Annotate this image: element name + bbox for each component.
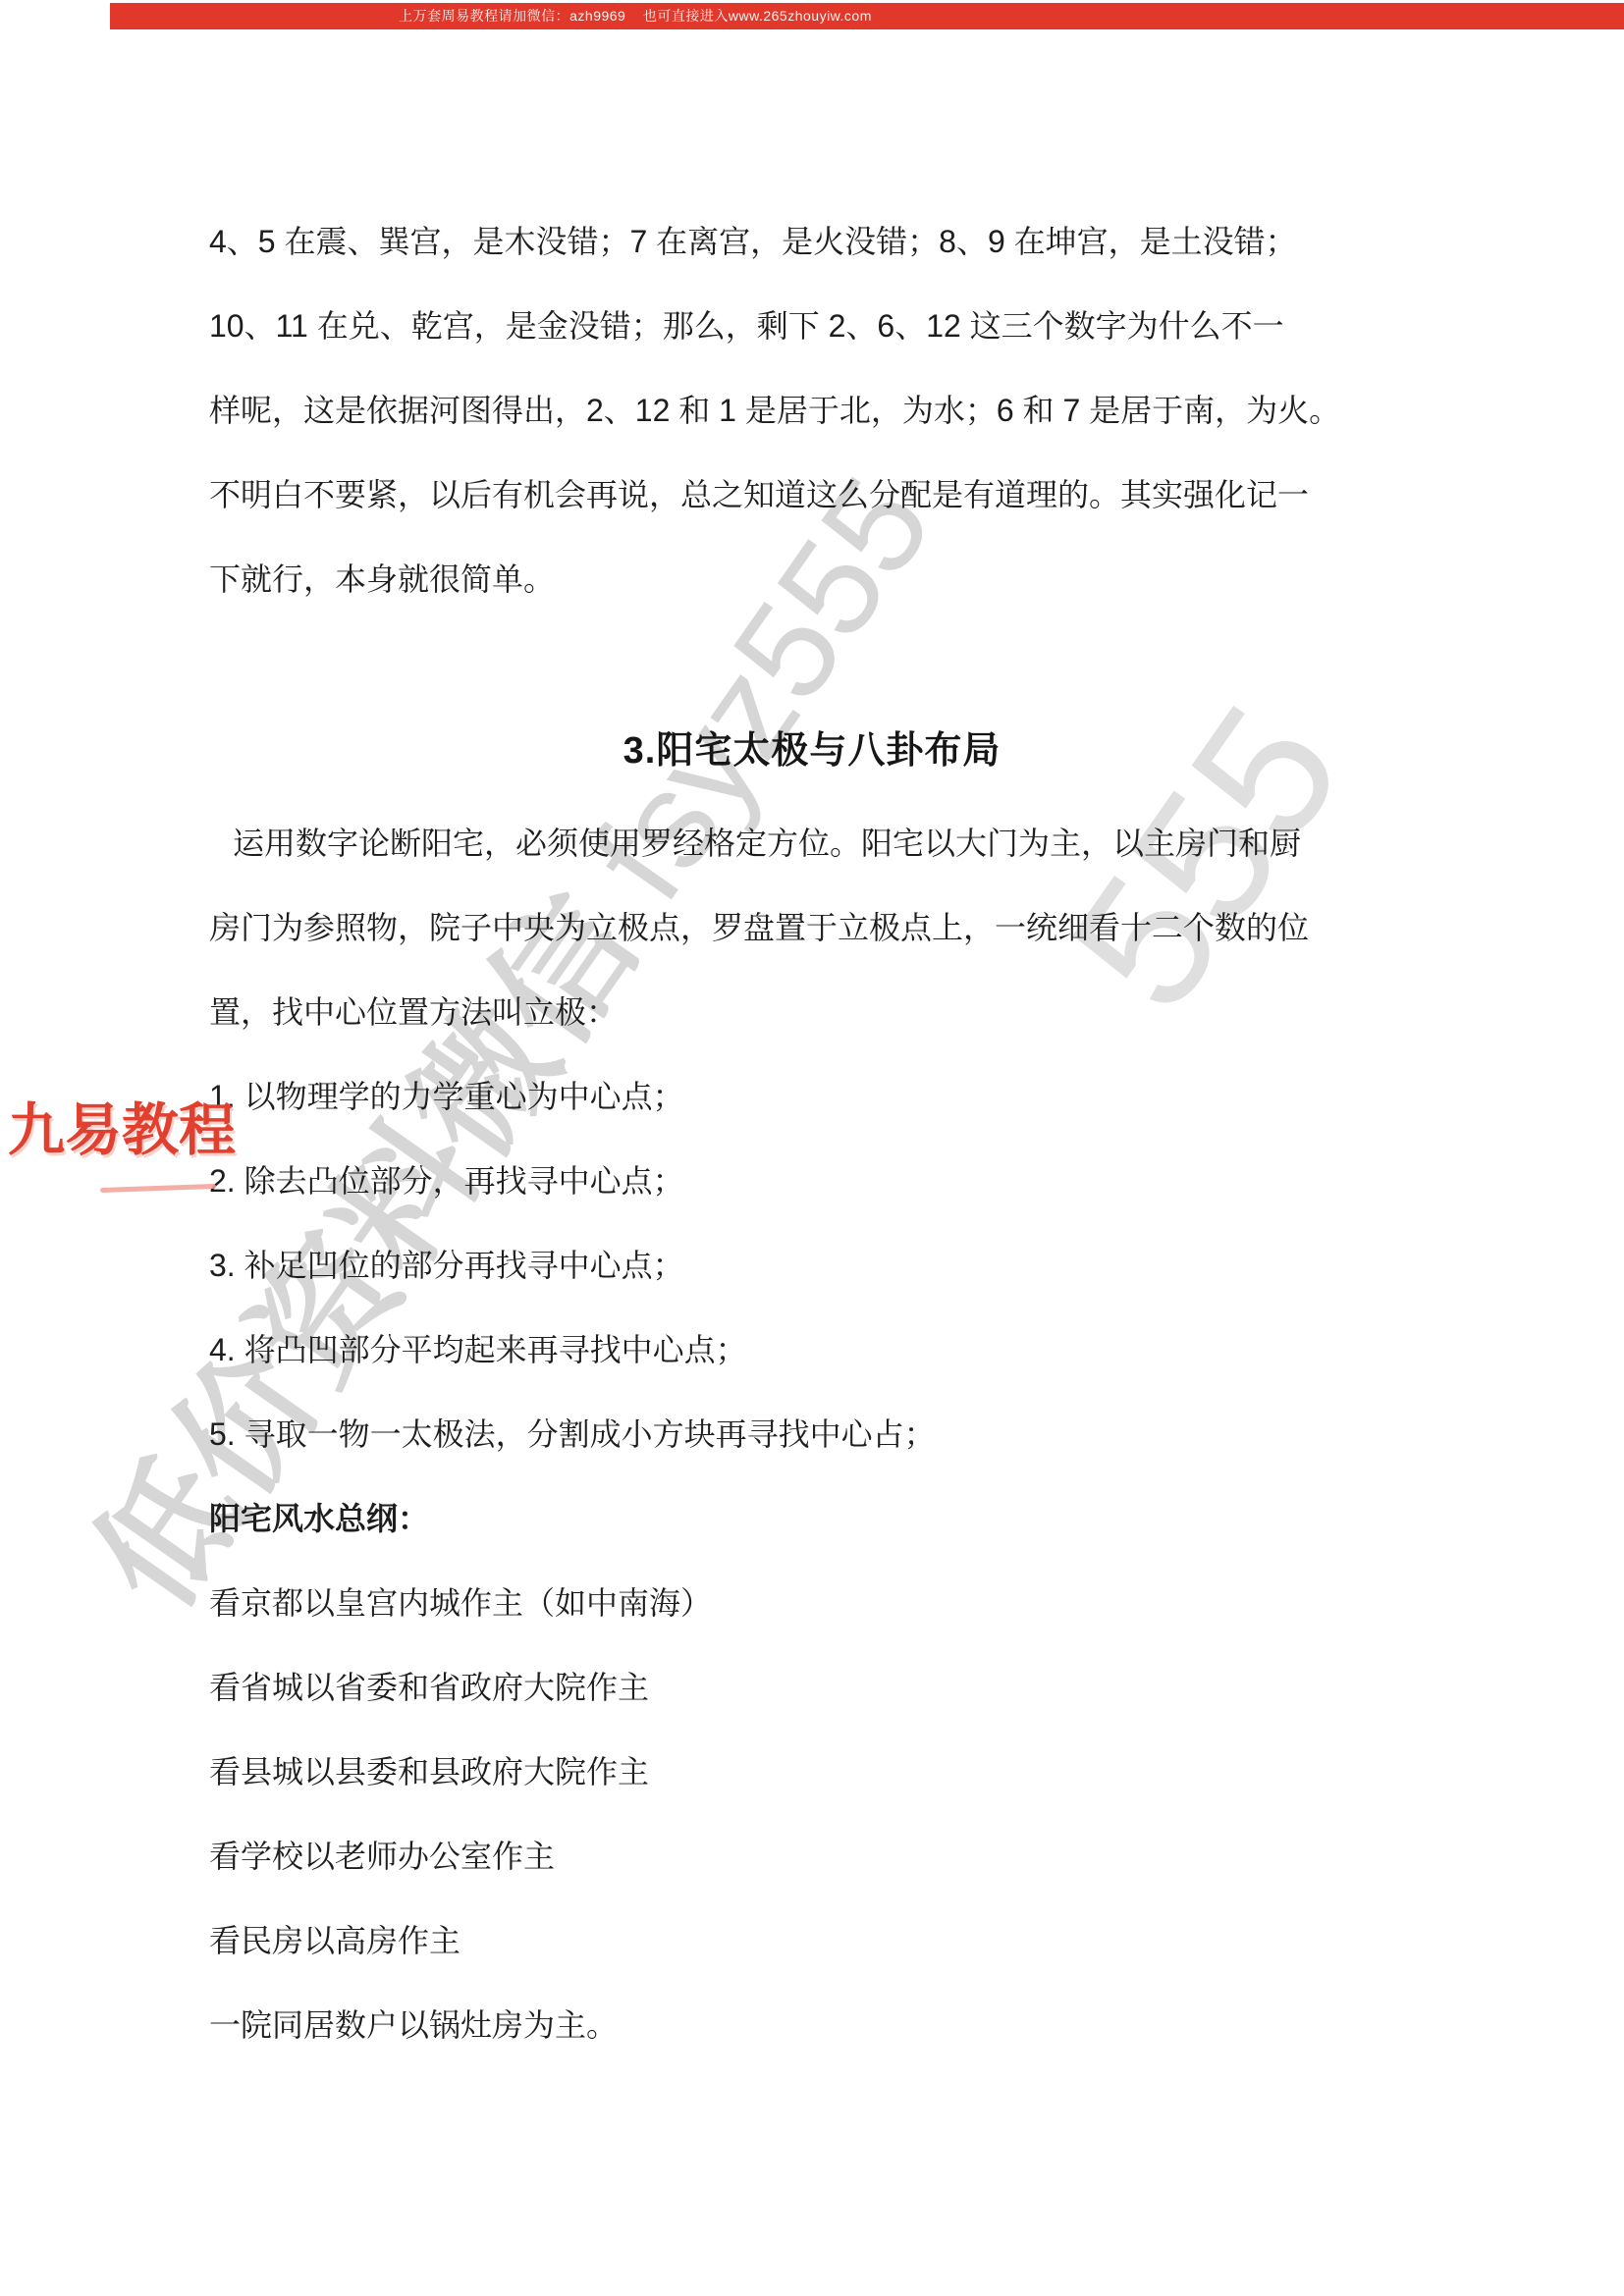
principles-list: 看京都以皇宫内城作主（如中南海） 看省城以省委和省政府大院作主 看县城以县委和县… bbox=[209, 1561, 1427, 2067]
banner-text: 上万套周易教程请加微信：azh9969 也可直接进入www.265zhouyiw… bbox=[110, 3, 1161, 29]
paragraph-2-line-2: 房门为参照物，院子中央为立极点，罗盘置于立极点上，一统细看十二个数的位 bbox=[209, 885, 1427, 970]
red-logo-watermark: 九易教程 bbox=[8, 1099, 236, 1162]
red-logo-underline bbox=[100, 1184, 216, 1193]
method-list-item-5: 5. 寻取一物一太极法，分割成小方块再寻找中心占； bbox=[209, 1392, 1427, 1476]
paragraph-2-line-1: 运用数字论断阳宅，必须使用罗经格定方位。阳宅以大门为主，以主房门和厨 bbox=[209, 801, 1427, 885]
top-banner: 上万套周易教程请加微信：azh9969 也可直接进入www.265zhouyiw… bbox=[110, 3, 1624, 29]
section-heading: 3.阳宅太极与八卦布局 bbox=[0, 723, 1624, 778]
method-list-item-1: 1. 以物理学的力学重心为中心点； bbox=[209, 1054, 1427, 1139]
method-list-item-2: 2. 除去凸位部分，再找寻中心点； bbox=[209, 1139, 1427, 1223]
paragraph-1-line-1: 4、5 在震、巽宫，是木没错；7 在离宫，是火没错；8、9 在坤宫，是土没错； bbox=[209, 199, 1427, 284]
paragraph-1-line-4: 不明白不要紧，以后有机会再说，总之知道这么分配是有道理的。其实强化记一 bbox=[209, 453, 1427, 537]
paragraph-2: 运用数字论断阳宅，必须使用罗经格定方位。阳宅以大门为主，以主房门和厨 房门为参照… bbox=[209, 801, 1427, 1054]
paragraph-2-line-3: 置，找中心位置方法叫立极： bbox=[209, 970, 1427, 1054]
principle-line-2: 看省城以省委和省政府大院作主 bbox=[209, 1645, 1427, 1730]
principle-line-6: 一院同居数户以锅灶房为主。 bbox=[209, 1983, 1427, 2067]
method-list: 1. 以物理学的力学重心为中心点； 2. 除去凸位部分，再找寻中心点； 3. 补… bbox=[209, 1054, 1427, 1476]
paragraph-1: 4、5 在震、巽宫，是木没错；7 在离宫，是火没错；8、9 在坤宫，是土没错； … bbox=[209, 199, 1427, 621]
method-list-item-4: 4. 将凸凹部分平均起来再寻找中心点； bbox=[209, 1308, 1427, 1392]
paragraph-1-line-2: 10、11 在兑、乾宫，是金没错；那么，剩下 2、6、12 这三个数字为什么不一 bbox=[209, 284, 1427, 368]
principle-line-3: 看县城以县委和县政府大院作主 bbox=[209, 1730, 1427, 1814]
subheading-section: 阳宅风水总纲： bbox=[209, 1476, 1427, 1561]
principle-line-5: 看民房以高房作主 bbox=[209, 1898, 1427, 1983]
document-page: 上万套周易教程请加微信：azh9969 也可直接进入www.265zhouyiw… bbox=[0, 0, 1624, 2296]
subheading-yangzhai: 阳宅风水总纲： bbox=[209, 1476, 1427, 1561]
principle-line-1: 看京都以皇宫内城作主（如中南海） bbox=[209, 1561, 1427, 1645]
method-list-item-3: 3. 补足凹位的部分再找寻中心点； bbox=[209, 1223, 1427, 1308]
principle-line-4: 看学校以老师办公室作主 bbox=[209, 1814, 1427, 1898]
paragraph-1-line-5: 下就行，本身就很简单。 bbox=[209, 537, 1427, 621]
paragraph-1-line-3: 样呢，这是依据河图得出，2、12 和 1 是居于北，为水；6 和 7 是居于南，… bbox=[209, 368, 1427, 453]
